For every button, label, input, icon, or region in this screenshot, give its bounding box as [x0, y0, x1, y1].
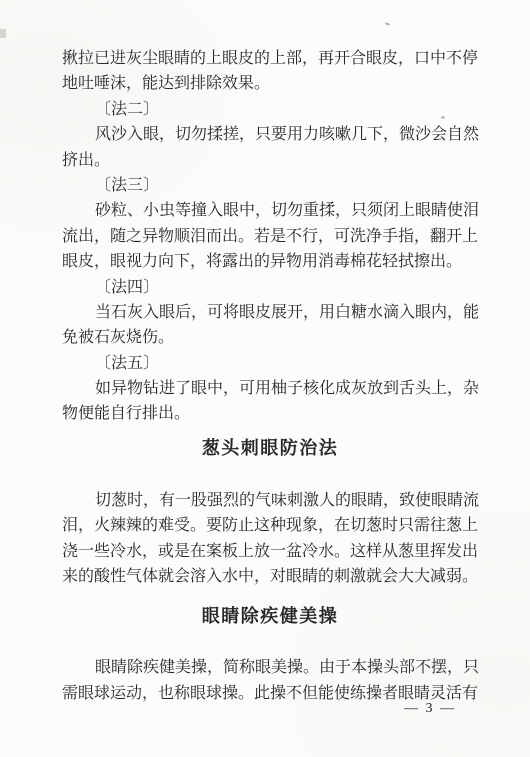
body-line: 如异物钻进了眼中，可用柚子核化成灰放到舌头上，杂 — [62, 376, 478, 401]
page-number: — 3 — — [404, 701, 456, 717]
method-label-5: 〔法五〕 — [62, 351, 478, 376]
body-line: 当石灰入眼后，可将眼皮展开，用白糖水滴入眼内，能 — [62, 300, 478, 325]
method-label-4: 〔法四〕 — [62, 275, 478, 300]
section-heading-onion: 葱头刺眼防治法 — [62, 435, 478, 461]
section-heading-exercise: 眼睛除疾健美操 — [62, 603, 478, 629]
body-line: 来的酸性气体就会溶入水中，对眼睛的刺激就会大大减弱。 — [62, 564, 478, 589]
body-line: 泪，火辣辣的难受。要防止这种现象，在切葱时只需往葱上 — [62, 513, 478, 538]
method-label-2: 〔法二〕 — [62, 97, 478, 122]
body-line: 眼皮，眼视力向下，将露出的异物用消毒棉花轻拭擦出。 — [62, 249, 478, 274]
body-line: 流出，随之异物顺泪而出。若是不行，可洗净手指，翻开上 — [62, 224, 478, 249]
scan-edge-smudge — [0, 29, 6, 38]
body-line: 风沙入眼，切勿揉搓，只要用力咳嗽几下，微沙会自然 — [62, 122, 478, 147]
body-line: 免被石灰烧伤。 — [62, 325, 478, 350]
body-line: 浇一些冷水，或是在案板上放一盆冷水。这样从葱里挥发出 — [62, 539, 478, 564]
scanned-book-page: 揪拉已进灰尘眼睛的上眼皮的上部，再开合眼皮，口中不停 地吐唾沫，能达到排除效果。… — [0, 0, 530, 757]
body-line: 地吐唾沫，能达到排除效果。 — [62, 71, 478, 96]
body-line: 挤出。 — [62, 148, 478, 173]
scan-speck — [385, 22, 390, 26]
body-line: 砂粒、小虫等撞入眼中，切勿重揉，只须闭上眼睛使泪 — [62, 198, 478, 223]
page-text-block: 揪拉已进灰尘眼睛的上眼皮的上部，再开合眼皮，口中不停 地吐唾沫，能达到排除效果。… — [62, 46, 478, 706]
body-line: 揪拉已进灰尘眼睛的上眼皮的上部，再开合眼皮，口中不停 — [62, 46, 478, 71]
body-line: 眼睛除疾健美操，简称眼美操。由于本操头部不摆，只 — [62, 655, 478, 680]
body-line: 物便能自行排出。 — [62, 401, 478, 426]
body-line: 切葱时，有一股强烈的气味刺激人的眼睛，致使眼睛流 — [62, 488, 478, 513]
method-label-3: 〔法三〕 — [62, 173, 478, 198]
